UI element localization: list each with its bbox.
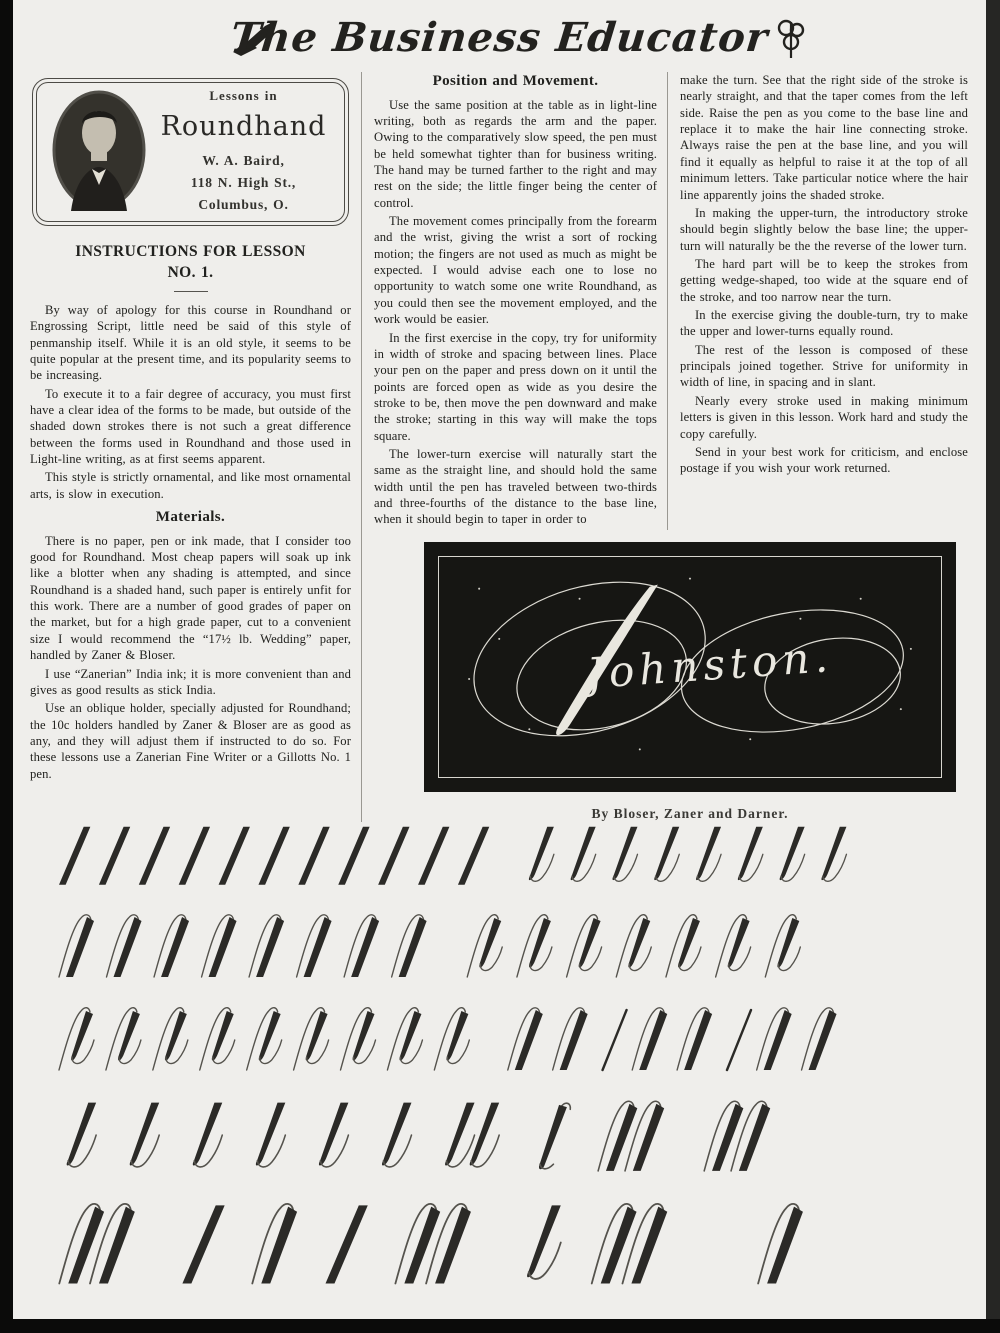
- card-address: 118 N. High St.,: [151, 172, 336, 194]
- scan-edge-bottom: [0, 1319, 1000, 1333]
- paragraph: By way of apology for this course in Rou…: [30, 302, 351, 384]
- author-portrait: [51, 89, 151, 215]
- paragraph: In making the upper-turn, the introducto…: [680, 205, 968, 254]
- paragraph: I use “Zanerian” India ink; it is more c…: [30, 666, 351, 699]
- signature-plate: Johnston. By Bloser, Zaner and Darner.: [424, 542, 956, 822]
- lesson-card: Lessons in Roundhand W. A. Baird, 118 N.…: [32, 78, 349, 226]
- signature-flourish: Johnston.: [439, 557, 941, 777]
- exercise-row-5: [58, 1199, 830, 1291]
- exercise-row-3: [58, 1004, 845, 1076]
- instructions-heading: INSTRUCTIONS FOR LESSON NO. 1.: [30, 242, 351, 284]
- scan-edge-right: [986, 0, 1000, 1333]
- paragraph: The movement comes principally from the …: [374, 213, 657, 328]
- article-body: Lessons in Roundhand W. A. Baird, 118 N.…: [30, 72, 968, 822]
- paragraph: There is no paper, pen or ink made, that…: [30, 533, 351, 664]
- column-2: Position and Movement. Use the same posi…: [362, 72, 668, 530]
- paragraph: Send in your best work for criticism, an…: [680, 444, 968, 477]
- exercise-row-4: [58, 1097, 809, 1178]
- card-title: Roundhand: [151, 109, 336, 144]
- paragraph: The lower-turn exercise will naturally s…: [374, 446, 657, 528]
- paragraph: Use an oblique holder, specially adjuste…: [30, 700, 351, 782]
- column-1: Lessons in Roundhand W. A. Baird, 118 N.…: [30, 72, 362, 822]
- paragraph: The rest of the lesson is composed of th…: [680, 342, 968, 391]
- paragraph: Use the same position at the table as in…: [374, 97, 657, 212]
- card-author: W. A. Baird,: [151, 150, 336, 172]
- right-area: Position and Movement. Use the same posi…: [362, 72, 968, 822]
- heading-rule: [174, 291, 208, 292]
- plate-caption: By Bloser, Zaner and Darner.: [424, 806, 956, 822]
- paragraph: The hard part will be to keep the stroke…: [680, 256, 968, 305]
- paragraph: In the exercise giving the double-turn, …: [680, 307, 968, 340]
- floral-ornament-icon: [776, 18, 806, 65]
- paragraph: Nearly every stroke used in making minim…: [680, 393, 968, 442]
- paragraph: make the turn. See that the right side o…: [680, 72, 968, 203]
- paragraph: This style is strictly ornamental, and l…: [30, 469, 351, 502]
- practice-strokes: [58, 822, 968, 1312]
- masthead: The Business Educator: [13, 6, 986, 68]
- materials-heading: Materials.: [30, 508, 351, 528]
- exercise-row-2: [58, 911, 814, 983]
- exercise-row-1: [58, 822, 856, 890]
- position-heading: Position and Movement.: [374, 72, 657, 92]
- page-title: The Business Educator: [11, 14, 989, 61]
- scan-edge-left: [0, 0, 13, 1333]
- column-3: make the turn. See that the right side o…: [668, 72, 968, 530]
- card-city: Columbus, O.: [151, 194, 336, 216]
- paragraph: In the first exercise in the copy, try f…: [374, 330, 657, 445]
- paragraph: To execute it to a fair degree of accura…: [30, 386, 351, 468]
- card-kicker: Lessons in: [151, 88, 336, 105]
